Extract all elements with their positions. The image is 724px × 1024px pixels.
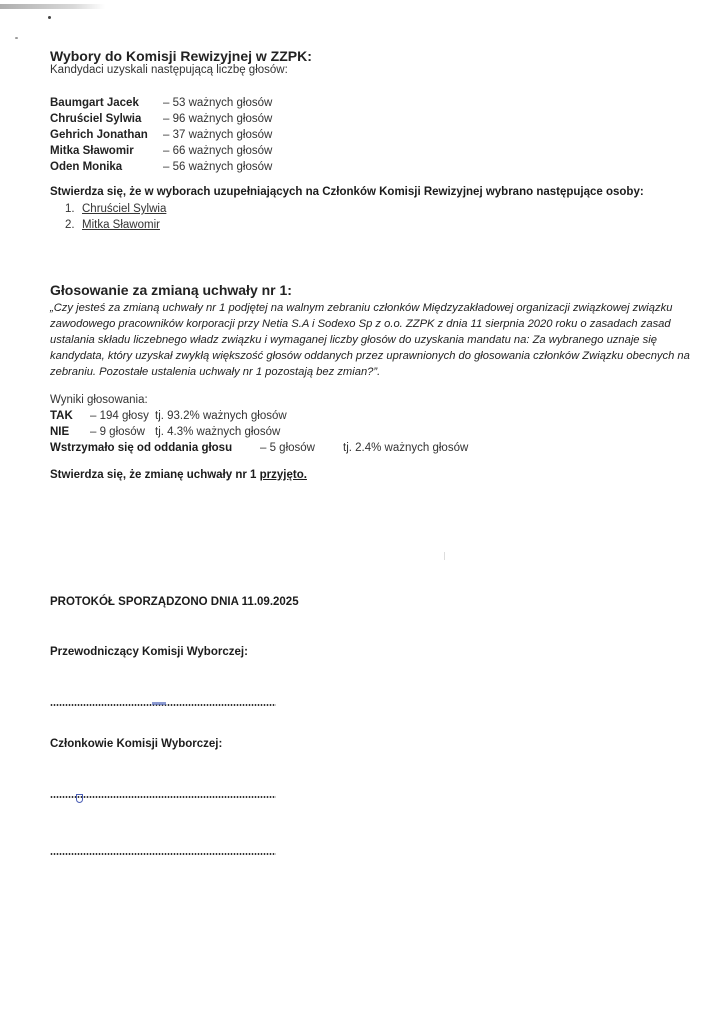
candidate-row: Chruściel Sylwia – 96 ważnych głosów [50, 111, 272, 127]
result-row-yes: TAK – 194 głosy tj. 93.2% ważnych głosów [50, 408, 468, 424]
voting-results: Wyniki głosowania: TAK – 194 głosy tj. 9… [50, 392, 468, 483]
elected-statement: Stwierdza się, że w wyborach uzupełniają… [50, 186, 644, 198]
voting-conclusion: Stwierdza się, że zmianę uchwały nr 1 pr… [50, 467, 468, 483]
result-row-abstain: Wstrzymało się od oddania głosu – 5 głos… [50, 440, 468, 456]
signature-ink [76, 794, 83, 803]
elected-section: Stwierdza się, że w wyborach uzupełniają… [50, 186, 644, 233]
election-header: Wybory do Komisji Rewizyjnej w ZZPK: Kan… [50, 48, 312, 76]
conclusion-result: przyjęto. [260, 469, 307, 481]
protocol-date: PROTOKÓŁ SPORZĄDZONO DNIA 11.09.2025 [50, 596, 299, 608]
voting-title: Głosowanie za zmianą uchwały nr 1: [50, 282, 690, 298]
elected-item: 2. Mitka Sławomir [50, 217, 644, 233]
candidates-list: Baumgart Jacek – 53 ważnych głosów Chruś… [50, 95, 272, 175]
conclusion-text: Stwierdza się, że zmianę uchwały nr 1 [50, 469, 260, 481]
candidate-name: Mitka Sławomir [50, 143, 163, 159]
signature-ink [152, 702, 166, 705]
candidate-row: Gehrich Jonathan – 37 ważnych głosów [50, 127, 272, 143]
result-row-no: NIE – 9 głosów tj. 4.3% ważnych głosów [50, 424, 468, 440]
member-signature-line [50, 796, 276, 798]
candidate-row: Baumgart Jacek – 53 ważnych głosów [50, 95, 272, 111]
result-label: NIE [50, 424, 90, 440]
candidate-name: Chruściel Sylwia [50, 111, 163, 127]
candidate-row: Mitka Sławomir – 66 ważnych głosów [50, 143, 272, 159]
election-title: Wybory do Komisji Rewizyjnej w ZZPK: [50, 48, 312, 64]
result-percent: tj. 4.3% ważnych głosów [155, 424, 280, 440]
result-votes: – 194 głosy [90, 408, 155, 424]
elected-item: 1. Chruściel Sylwia [50, 201, 644, 217]
election-subtitle: Kandydaci uzyskali następującą liczbę gł… [50, 64, 312, 76]
scan-artifact-dot [15, 37, 18, 39]
result-votes: – 5 głosów [260, 440, 343, 456]
scan-artifact-dot [48, 16, 51, 19]
result-votes: – 9 głosów [90, 424, 155, 440]
elected-number: 1. [65, 201, 82, 217]
voting-section: Głosowanie za zmianą uchwały nr 1: „Czy … [50, 282, 690, 380]
elected-name: Mitka Sławomir [82, 217, 164, 233]
result-percent: tj. 93.2% ważnych głosów [155, 408, 287, 424]
voting-question: „Czy jesteś za zmianą uchwały nr 1 podję… [50, 300, 690, 380]
scan-artifact-bar [0, 4, 105, 9]
candidate-votes: – 53 ważnych głosów [163, 95, 272, 111]
candidate-votes: – 66 ważnych głosów [163, 143, 272, 159]
scan-artifact-mark [444, 552, 445, 560]
elected-name: Chruściel Sylwia [82, 201, 170, 217]
candidate-votes: – 37 ważnych głosów [163, 127, 272, 143]
candidate-votes: – 96 ważnych głosów [163, 111, 272, 127]
result-label: TAK [50, 408, 90, 424]
candidate-name: Baumgart Jacek [50, 95, 163, 111]
result-label: Wstrzymało się od oddania głosu [50, 440, 260, 456]
candidate-name: Oden Monika [50, 159, 163, 175]
result-percent: tj. 2.4% ważnych głosów [343, 440, 468, 456]
candidate-row: Oden Monika – 56 ważnych głosów [50, 159, 272, 175]
results-label: Wyniki głosowania: [50, 392, 468, 408]
candidate-name: Gehrich Jonathan [50, 127, 163, 143]
member-signature-line [50, 853, 276, 855]
elected-list: 1. Chruściel Sylwia 2. Mitka Sławomir [50, 201, 644, 233]
elected-number: 2. [65, 217, 82, 233]
members-label: Członkowie Komisji Wyborczej: [50, 738, 222, 750]
candidate-votes: – 56 ważnych głosów [163, 159, 272, 175]
chair-label: Przewodniczący Komisji Wyborczej: [50, 646, 248, 658]
